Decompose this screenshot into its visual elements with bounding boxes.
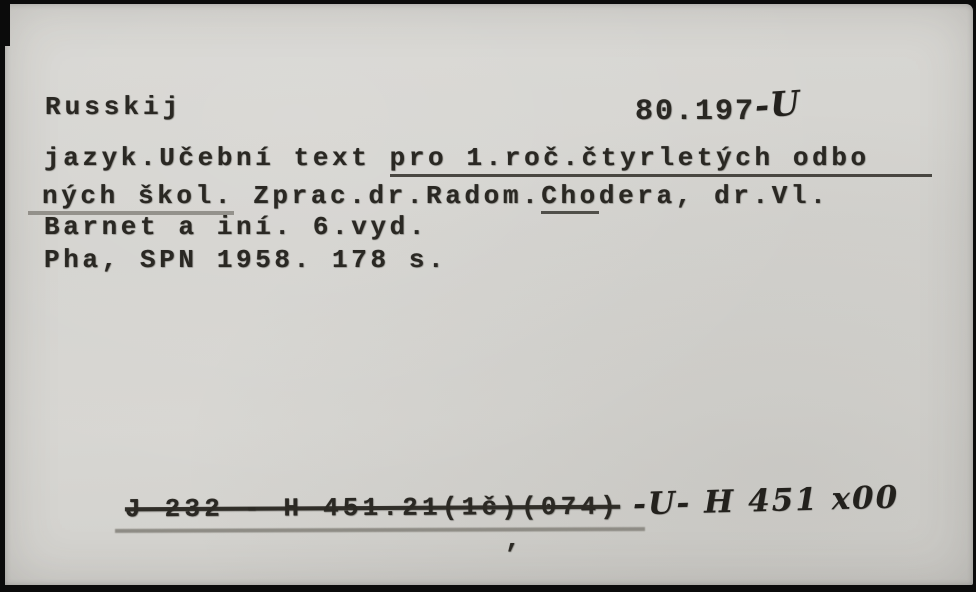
body-line-2-underlined: ných škol. xyxy=(28,181,234,215)
scanner-edge-notch xyxy=(0,0,10,46)
body-line-2-name-underlined: Cho xyxy=(541,181,599,214)
body-line-1-underlined: pro 1.roč.čtyrletých odbo xyxy=(390,143,932,177)
body-line-2-rest: dera, dr.Vl. xyxy=(599,181,829,211)
body-line-1-plain: jazyk.Učební text xyxy=(44,143,390,173)
accession-number: 80.197-U xyxy=(635,88,801,129)
struck-call-numbers: J 232 - H 451.21(1č)(074) xyxy=(125,492,620,525)
pencil-underline xyxy=(115,527,645,533)
body-line-2: ných škol. Zprac.dr.Radom.Chodera, dr.Vl… xyxy=(42,181,829,215)
body-line-1: jazyk.Učební text pro 1.roč.čtyrletých o… xyxy=(44,143,870,177)
accession-suffix-handwritten: -U xyxy=(753,83,801,126)
card-heading: Russkij xyxy=(45,92,182,122)
catalog-card: Russkij 80.197-U jazyk.Učební text pro 1… xyxy=(5,4,973,585)
body-line-2-plain: Zprac.dr.Radom. xyxy=(234,181,541,211)
accession-number-typed: 80.197 xyxy=(635,95,755,129)
stray-comma-mark: , xyxy=(505,525,521,555)
handwritten-call-number: -U- H 451 x00 xyxy=(633,480,900,523)
body-line-4: Pha, SPN 1958. 178 s. xyxy=(44,245,447,275)
body-line-3: Barnet a iní. 6.vyd. xyxy=(44,212,428,242)
